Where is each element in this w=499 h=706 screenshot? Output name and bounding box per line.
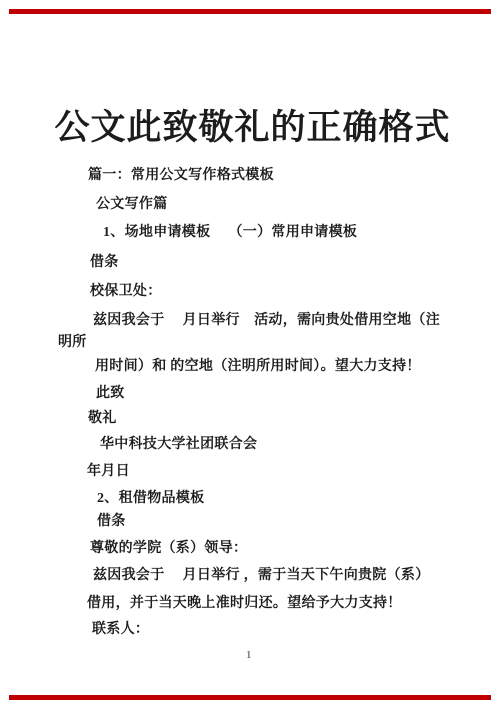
body-line: 1、场地申请模板 （一）常用申请模板 xyxy=(103,224,357,242)
page-number-label: 1 xyxy=(246,649,252,661)
body-line: 明所 xyxy=(58,334,87,352)
body-line: 校保卫处： xyxy=(90,283,162,301)
body-line: 借条 xyxy=(90,254,119,272)
top-red-rule xyxy=(9,9,491,14)
body-line: 兹因我会于 月日举行 活动，需向贵处借用空地（注 xyxy=(93,312,440,330)
body-line: 公文写作篇 xyxy=(96,196,168,214)
body-line: 联系人： xyxy=(92,621,149,639)
body-line: 华中科技大学社团联合会 xyxy=(100,436,257,454)
body-line: 2、租借物品模板 xyxy=(97,490,204,508)
body-line: 年月日 xyxy=(87,463,130,481)
body-line: 篇一：常用公文写作格式模板 xyxy=(88,167,274,185)
document-title: 公文此致敬礼的正确格式 xyxy=(0,106,499,150)
body-line: 敬礼 xyxy=(88,410,117,428)
body-line: 尊敬的学院（系）领导： xyxy=(90,540,247,558)
bottom-red-rule xyxy=(9,695,491,700)
body-line: 兹因我会于 月日举行 ，需于当天下午向贵院（系） xyxy=(93,567,430,585)
body-line: 此致 xyxy=(96,385,125,403)
body-line: 借条 xyxy=(97,513,126,531)
body-line: 用时间）和 的空地（注明所用时间）。望大力支持！ xyxy=(95,358,421,376)
document-page: 公文此致敬礼的正确格式 篇一：常用公文写作格式模板 公文写作篇 1、场地申请模板… xyxy=(0,0,499,706)
body-line: 借用，并于当天晚上准时归还。望给予大力支持！ xyxy=(87,595,402,613)
